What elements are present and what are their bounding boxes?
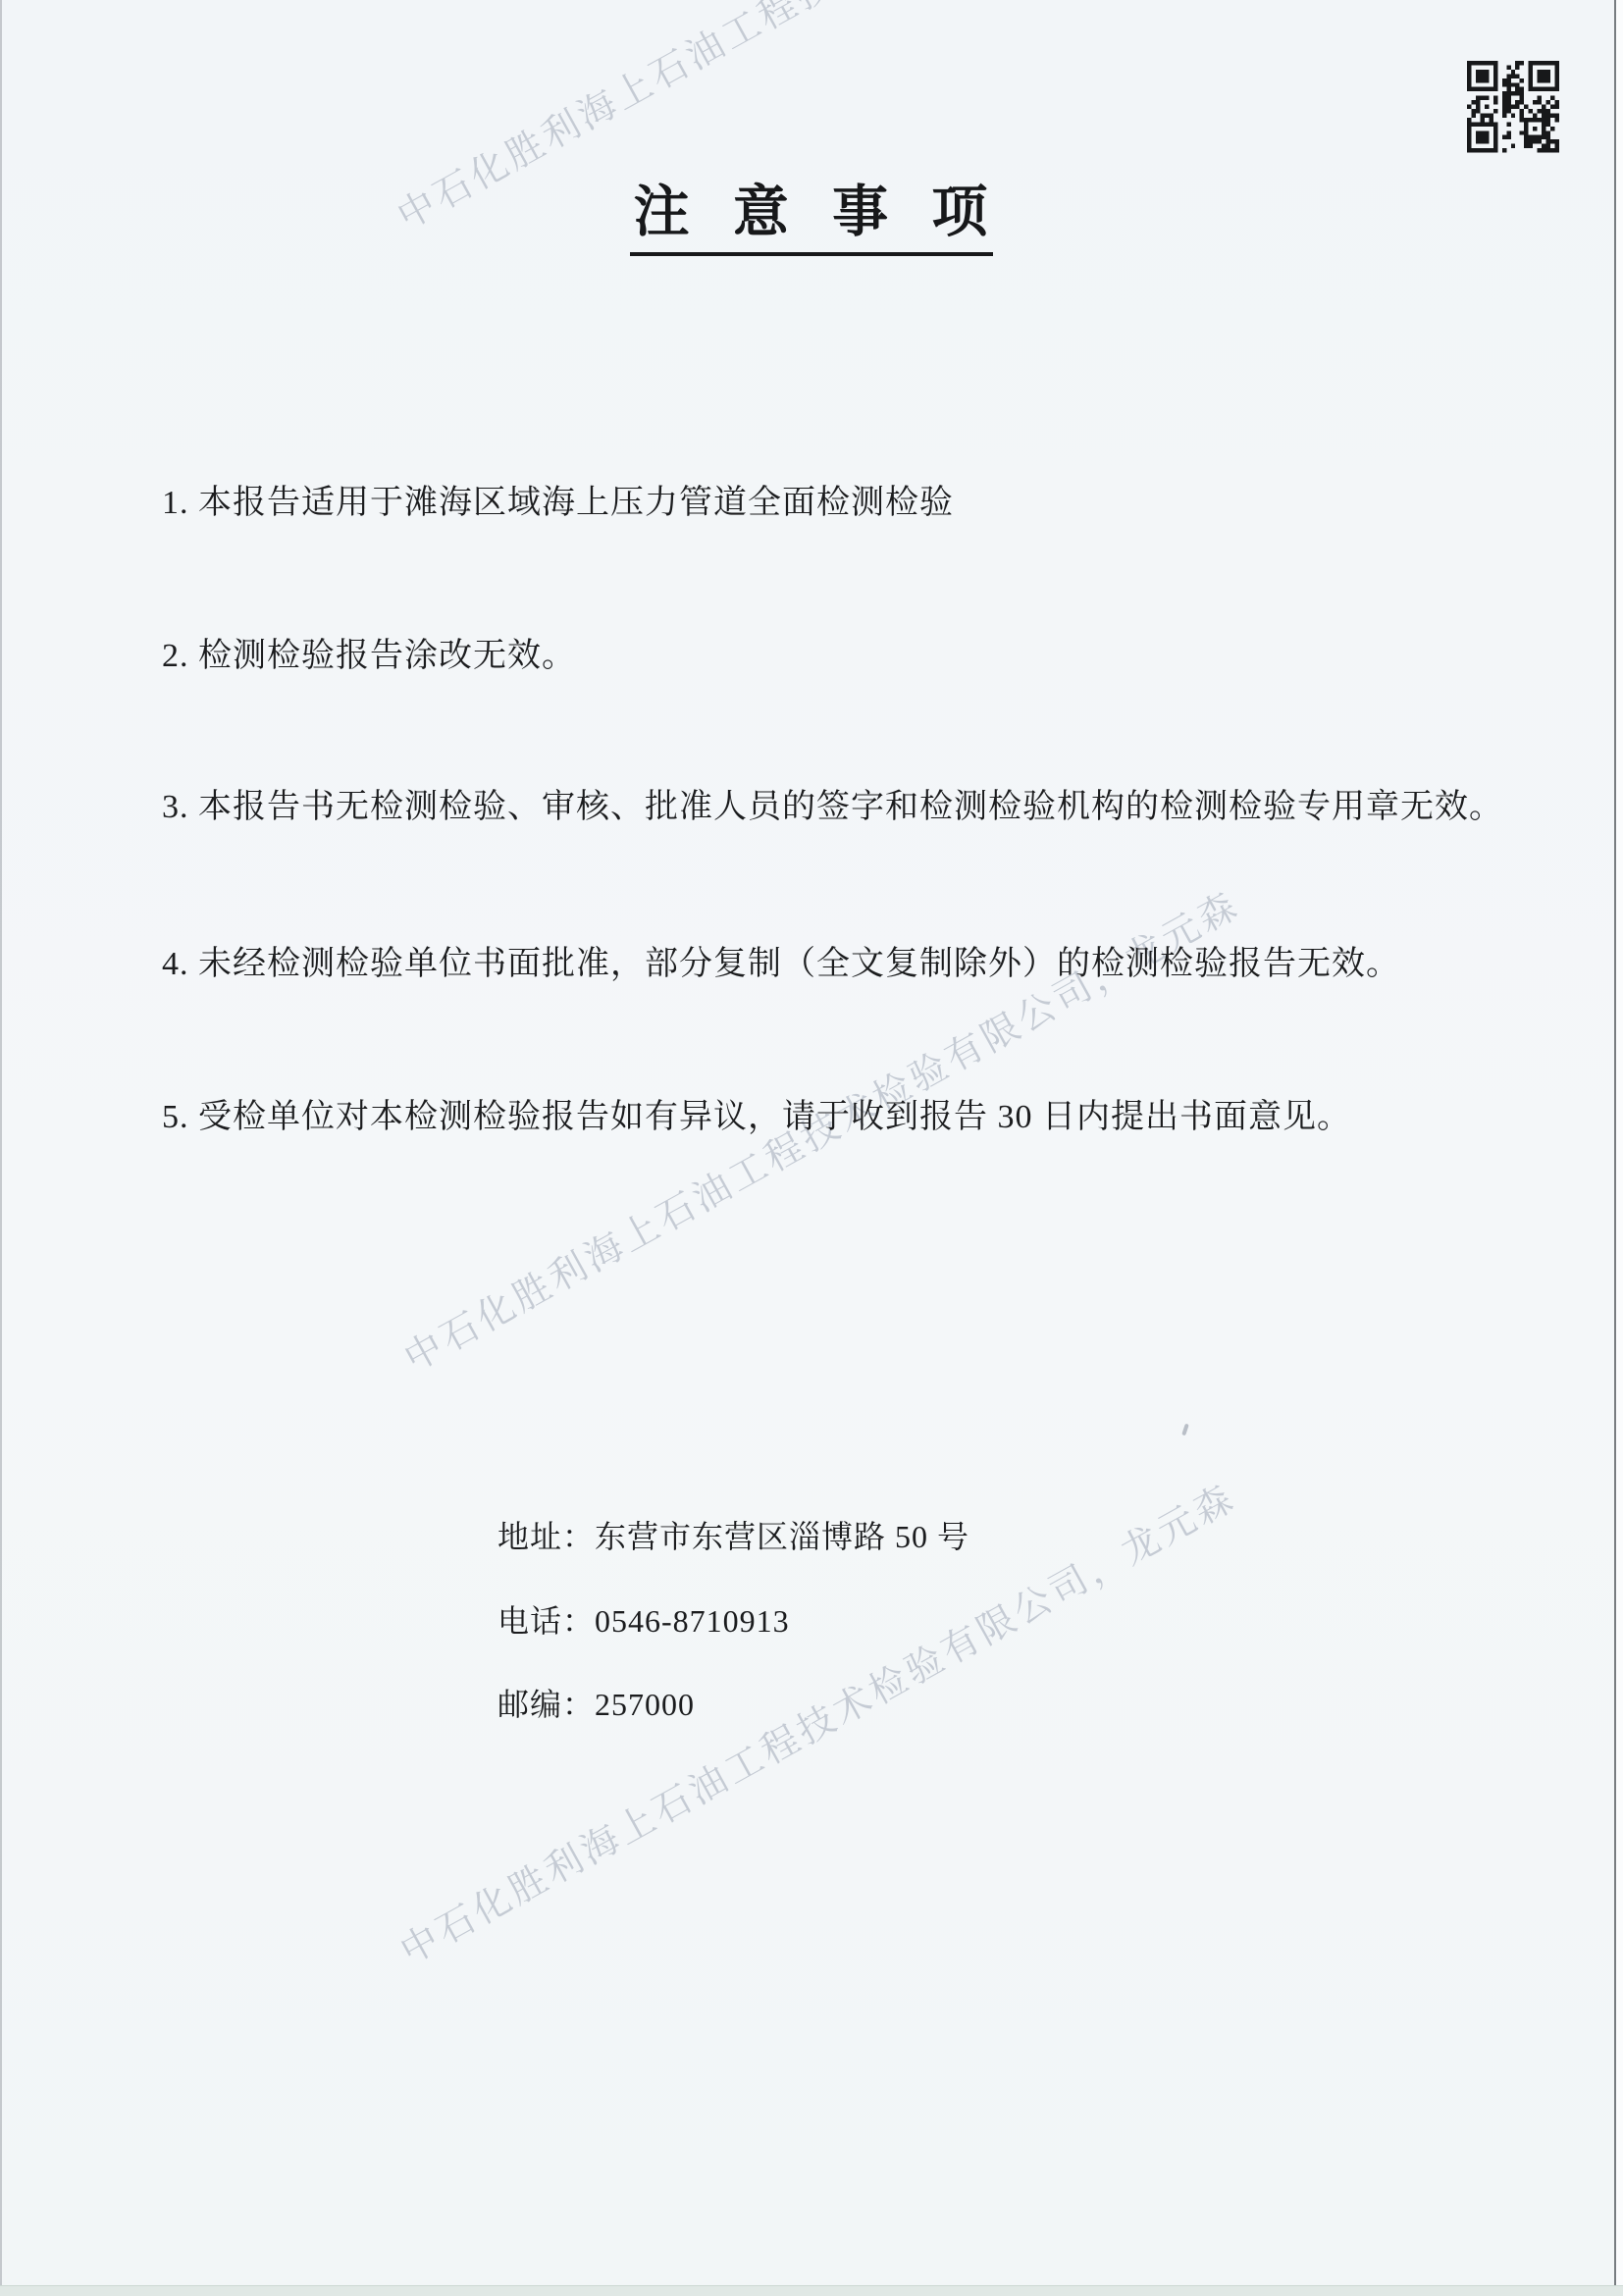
- notice-page: 中石化胜利海上石油工程技术检验有限公司，龙元森 中石化胜利海上石油工程技术检验有…: [0, 0, 1623, 2296]
- page-edge-bottom-strip: [0, 2285, 1623, 2296]
- phone-line: 电话：0546-8710913: [497, 1596, 790, 1642]
- page-edge-left-line: [0, 0, 2, 2296]
- page-title: 注 意 事 项: [630, 183, 994, 256]
- address-line: 地址：东营市东营区淄博路 50 号: [497, 1512, 969, 1557]
- note-item-2: 2. 检测检验报告涂改无效。: [162, 636, 576, 678]
- page-edge-right-line: [1614, 0, 1616, 2296]
- note-item-4: 4. 未经检测检验单位书面批准，部分复制（全文复制除外）的检测检验报告无效。: [162, 944, 1400, 986]
- page-edge-right-margin: [1616, 0, 1623, 2296]
- note-item-1: 1. 本报告适用于滩海区域海上压力管道全面检测检验: [162, 483, 954, 525]
- note-item-5: 5. 受检单位对本检测检验报告如有异议，请于收到报告 30 日内提出书面意见。: [162, 1097, 1351, 1139]
- postal-code-line: 邮编：257000: [497, 1680, 695, 1725]
- title-row: 注 意 事 项: [0, 183, 1623, 256]
- note-item-3: 3. 本报告书无检测检验、审核、批准人员的签字和检测检验机构的检测检验专用章无效…: [162, 787, 1503, 829]
- qr-code-icon: [1467, 61, 1559, 157]
- scan-speck: [1181, 1424, 1189, 1436]
